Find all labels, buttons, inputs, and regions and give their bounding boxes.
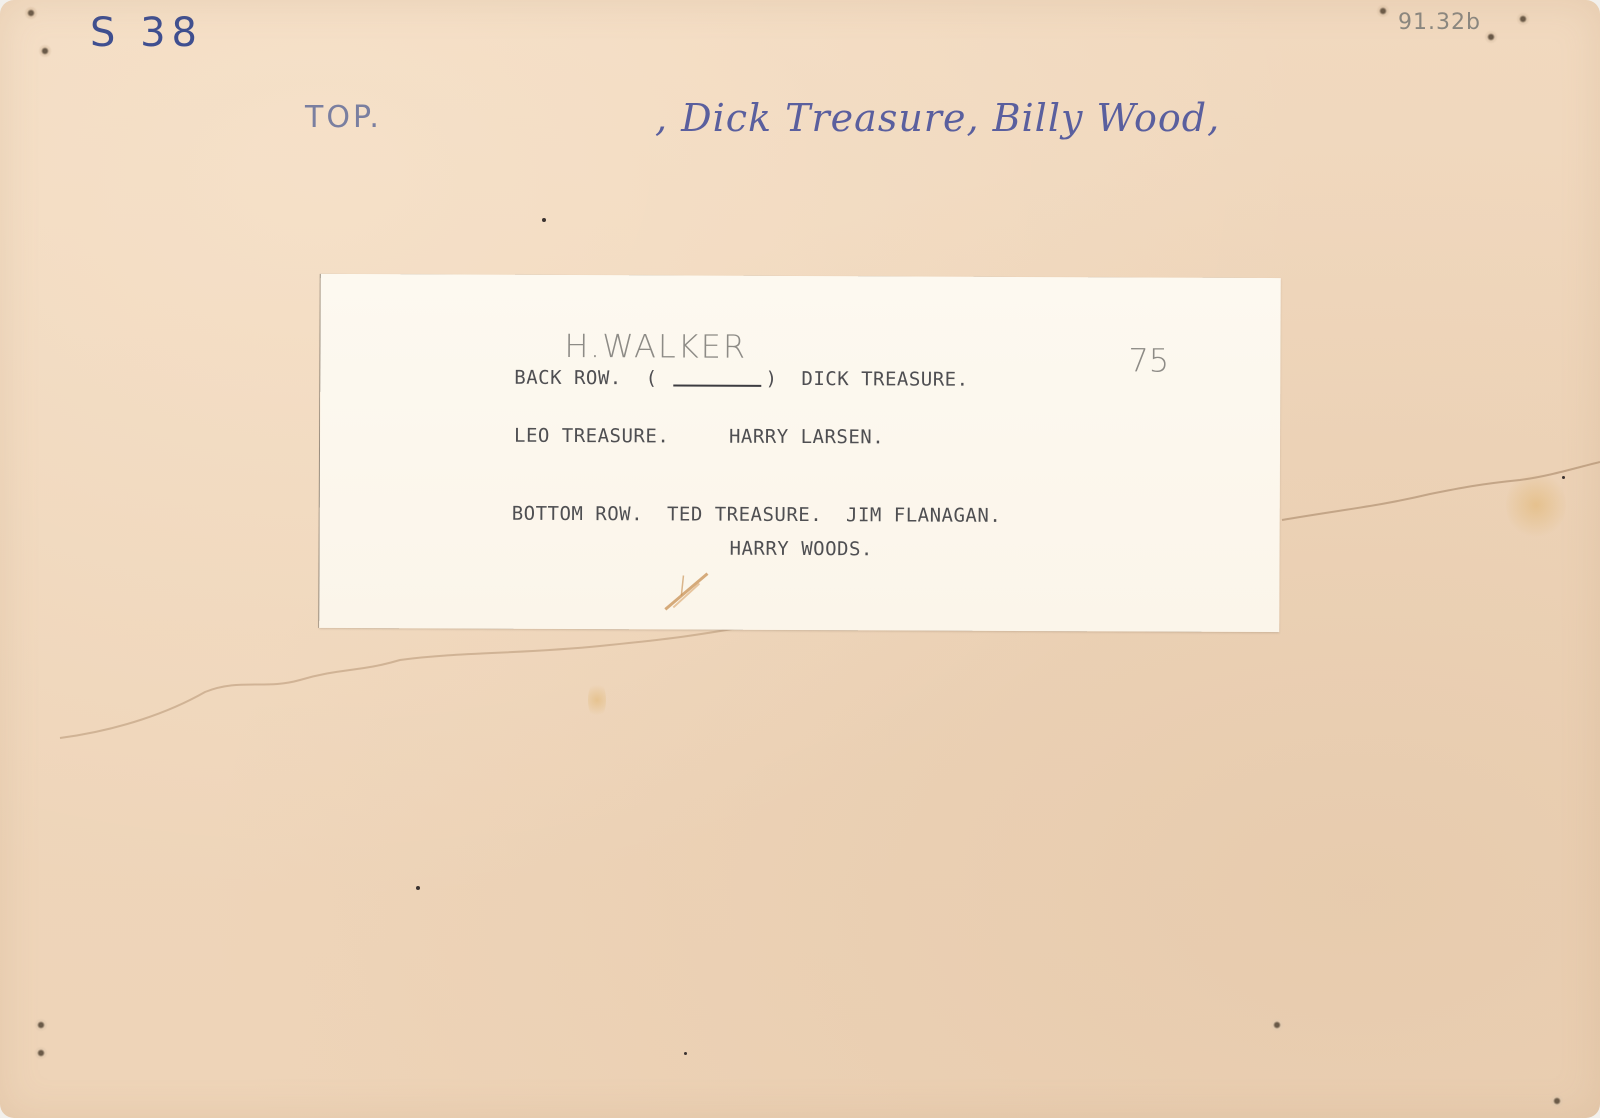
pencil-annotation-number: 75 [1128, 341, 1169, 379]
stain [588, 680, 606, 720]
caption-label: H.WALKER 75 BACK ROW. ( ) DICK TREASURE.… [319, 274, 1281, 632]
back-row-line-2: LEO TREASURE. HARRY LARSEN. [514, 425, 884, 449]
pin-hole-icon [34, 1018, 48, 1032]
photo-mount-back: S 38 91.32b TOP. , Dick Treasure, Billy … [0, 0, 1600, 1118]
speck [684, 1052, 687, 1055]
top-label: TOP. [305, 100, 382, 135]
pin-hole-icon [1270, 1018, 1284, 1032]
bottom-row-name: HARRY WOODS. [730, 538, 873, 561]
accession-number: 91.32b [1398, 10, 1481, 35]
pin-hole-icon [1516, 12, 1530, 26]
rust-mark [659, 565, 719, 615]
stain [1506, 470, 1566, 540]
paren-close: ) [766, 368, 778, 390]
paren-open: ( [646, 367, 658, 389]
bottom-row-heading: BOTTOM ROW. [512, 503, 643, 526]
bottom-row-name: JIM FLANAGAN. [846, 504, 1001, 527]
back-row-heading: BACK ROW. [514, 367, 622, 389]
bottom-row-line-1: BOTTOM ROW. TED TREASURE. JIM FLANAGAN. [512, 503, 1002, 527]
bottom-row-name: TED TREASURE. [667, 503, 822, 526]
back-row-name: HARRY LARSEN. [729, 426, 884, 449]
pin-hole-icon [38, 44, 52, 58]
pencil-annotation-name: H.WALKER [564, 327, 747, 366]
speck [416, 886, 420, 890]
pin-hole-icon [24, 6, 38, 20]
speck [1562, 476, 1565, 479]
pin-hole-icon [1484, 30, 1498, 44]
back-row-line-1: BACK ROW. ( ) DICK TREASURE. [514, 367, 968, 391]
back-row-name: DICK TREASURE. [801, 368, 968, 391]
top-row-names-handwritten: , Dick Treasure, Billy Wood, [655, 96, 1220, 140]
pin-hole-icon [1550, 1094, 1564, 1108]
catalog-id: S 38 [90, 10, 203, 56]
bottom-row-line-2: HARRY WOODS. [730, 538, 873, 561]
pin-hole-icon [1376, 4, 1390, 18]
back-row-name: LEO TREASURE. [514, 425, 669, 448]
pin-hole-icon [34, 1046, 48, 1060]
speck [542, 218, 546, 222]
blank-unidentified [674, 384, 762, 386]
